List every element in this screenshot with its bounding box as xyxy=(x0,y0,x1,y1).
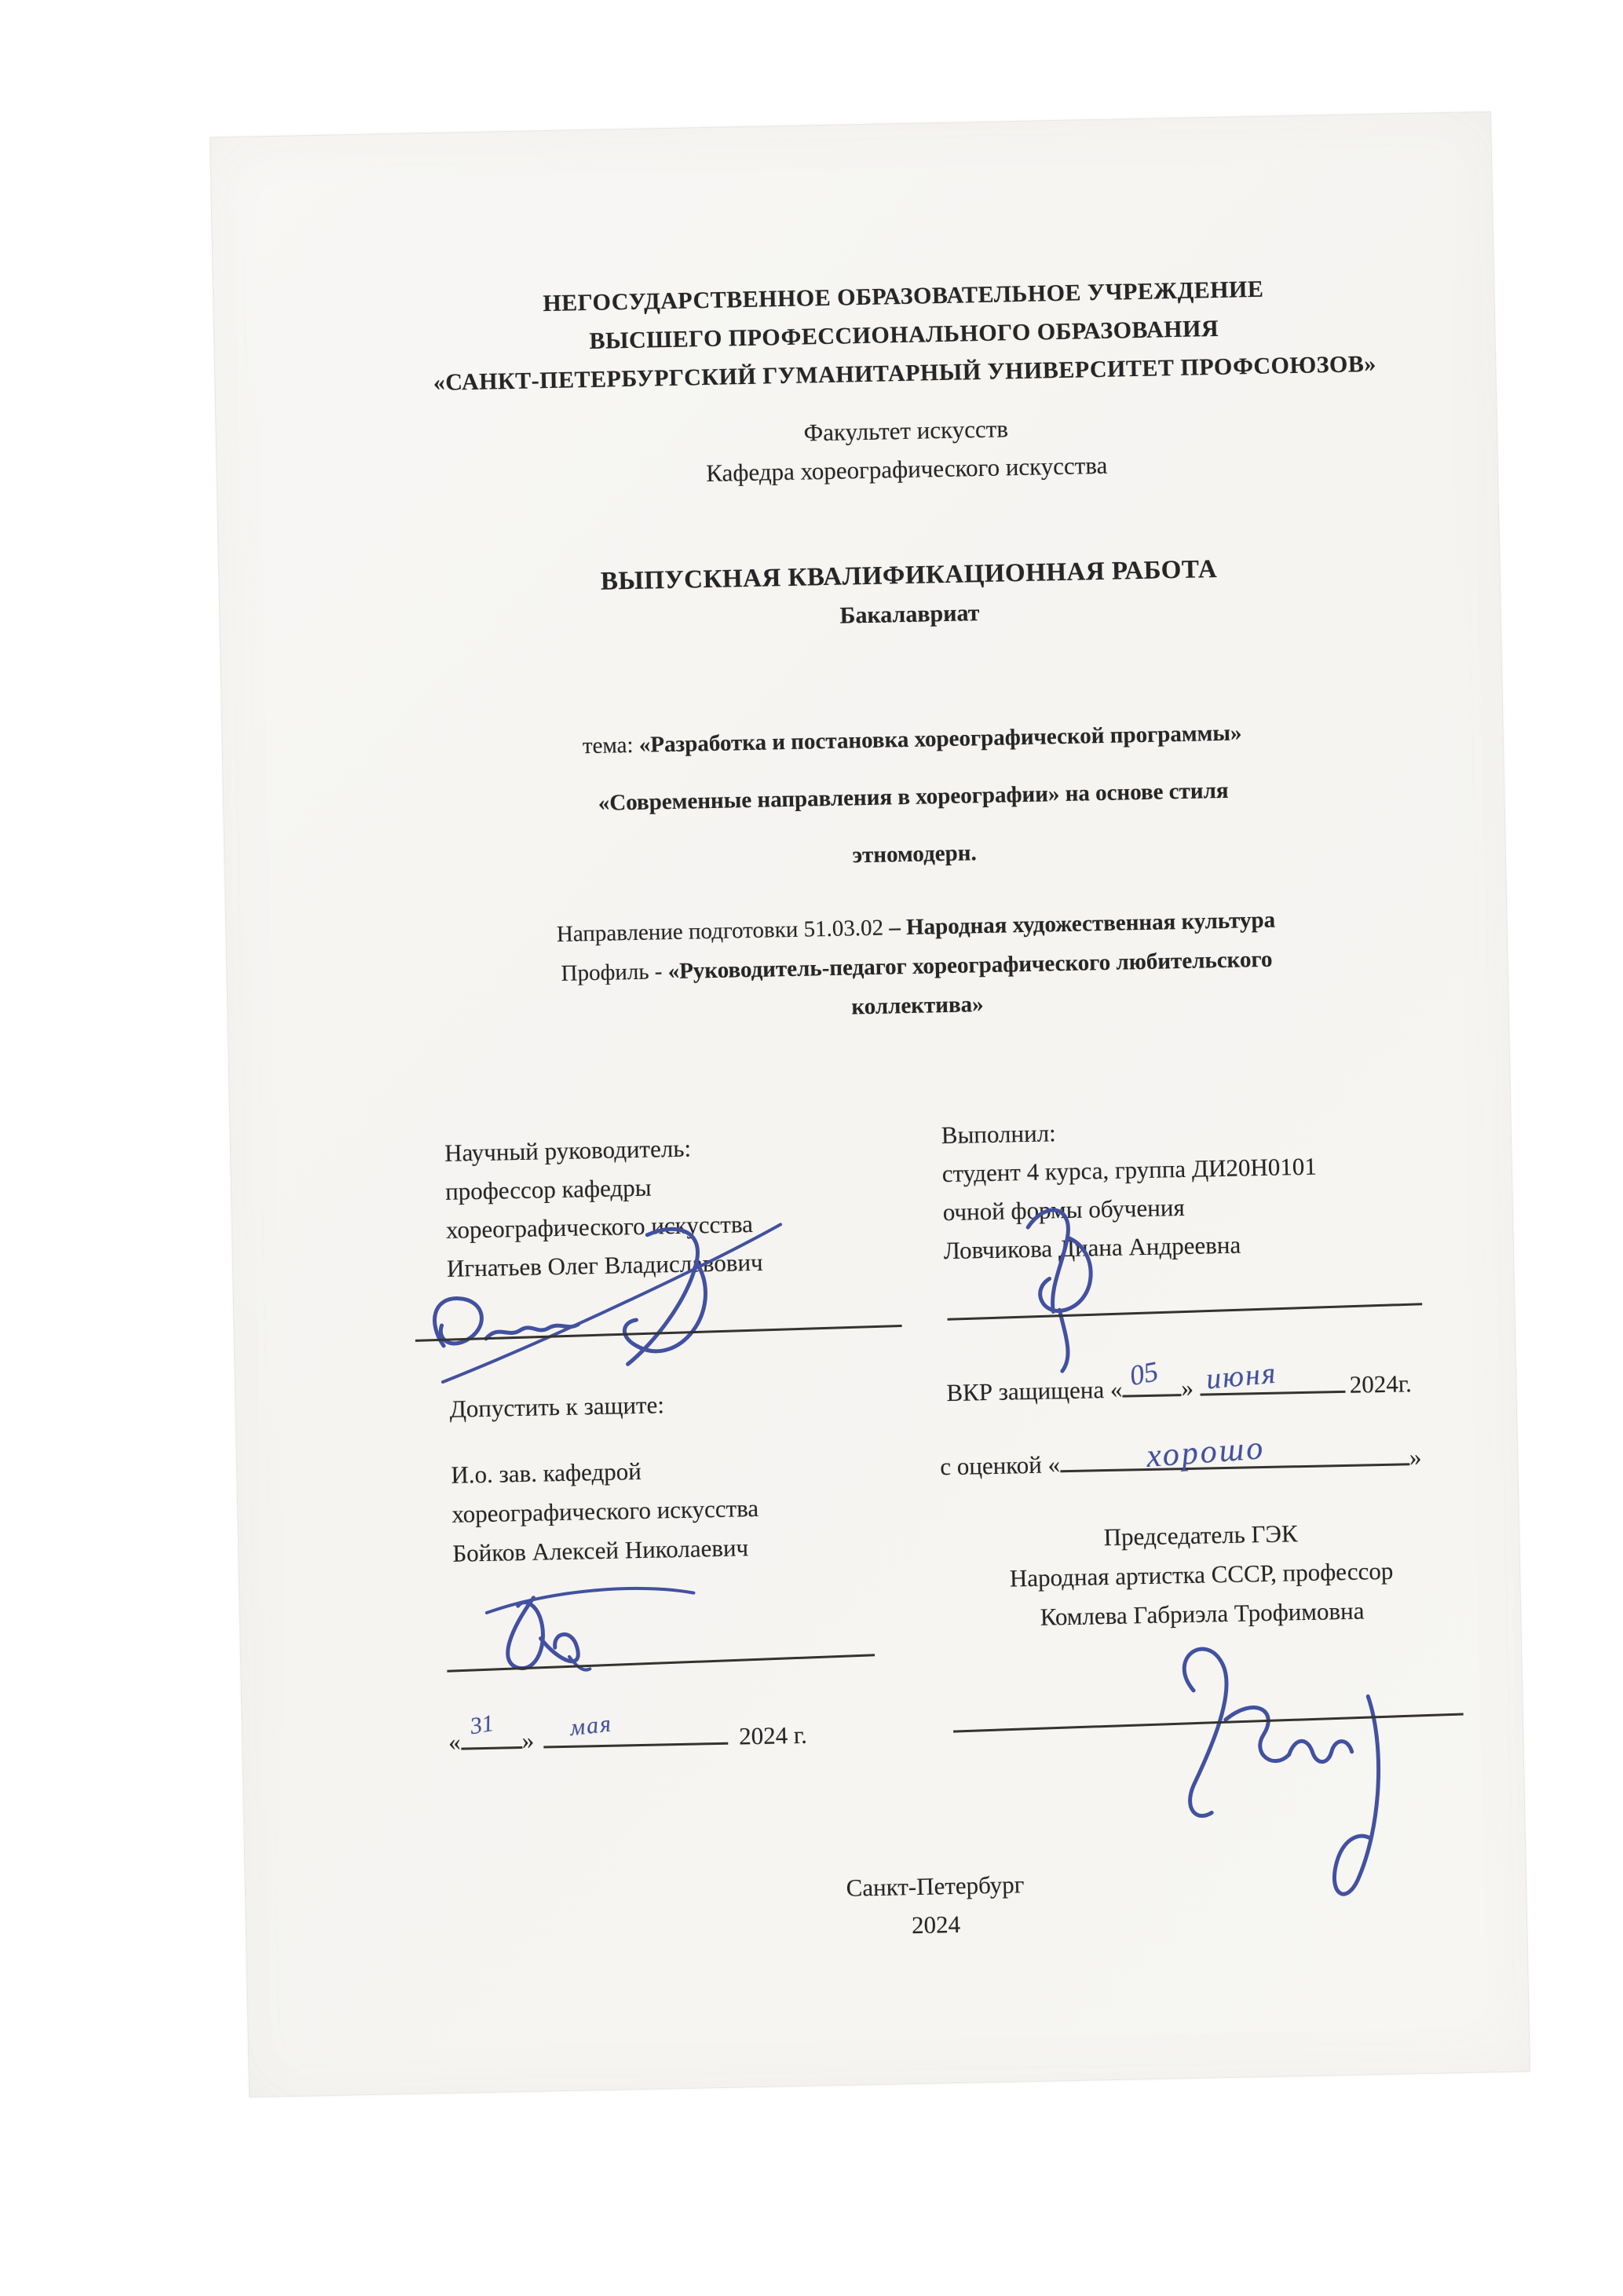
scanned-document-background: { "ink": { "pen_color": "#4251a0", "text… xyxy=(0,0,1623,2296)
university-header: НЕГОСУДАРСТВЕННОЕ ОБРАЗОВАТЕЛЬНОЕ УЧРЕЖД… xyxy=(314,265,1494,404)
defense-date-line: ВКР защищена «05»июня2024г. xyxy=(946,1355,1413,1412)
program-block: Направление подготовки 51.03.02 – Народн… xyxy=(327,896,1507,1037)
head-of-department-block: И.о. зав. кафедрой хореографического иск… xyxy=(451,1450,760,1574)
grade-blank: хорошо xyxy=(1059,1428,1409,1472)
admission-date-quote-open: « xyxy=(448,1723,461,1761)
grade-text-1: с оценкой « xyxy=(940,1445,1061,1486)
admission-month-blank: мая xyxy=(543,1708,728,1749)
admission-label: Допустить к защите: xyxy=(449,1385,664,1428)
defense-text-1: ВКР защищена « xyxy=(946,1370,1123,1412)
defense-day-blank: 05 xyxy=(1122,1359,1182,1397)
supervisor-position-1: профессор кафедры xyxy=(445,1166,762,1211)
head-position-2: хореографического искусства xyxy=(451,1489,759,1534)
admission-date-line: «31»мая2024 г. xyxy=(448,1706,807,1761)
admission-year: 2024 г. xyxy=(739,1716,808,1756)
grade-text-2: » xyxy=(1409,1438,1421,1476)
theme-prefix: тема: xyxy=(583,733,640,759)
defense-month-handwritten: июня xyxy=(1204,1355,1278,1399)
author-signature xyxy=(981,1192,1142,1376)
chairman-block: Председатель ГЭК Народная артистка СССР,… xyxy=(941,1511,1462,1639)
theme-block: тема: «Разработка и постановка хореограф… xyxy=(323,700,1504,895)
theme-title: «Разработка и постановка хореографическо… xyxy=(638,720,1241,757)
supervisor-signature xyxy=(411,1212,917,1395)
admission-day-blank: 31 xyxy=(460,1712,522,1750)
scanned-page: НЕГОСУДАРСТВЕННОЕ ОБРАЗОВАТЕЛЬНОЕ УЧРЕЖД… xyxy=(210,112,1530,2097)
direction-label: Направление подготовки 51.03.02 xyxy=(557,915,890,946)
grade-line: с оценкой «хорошо» xyxy=(940,1428,1422,1486)
admission-month-handwritten: мая xyxy=(568,1705,614,1748)
work-type-block: ВЫПУСКНАЯ КВАЛИФИКАЦИОННАЯ РАБОТА Бакала… xyxy=(320,544,1499,645)
grade-handwritten: хорошо xyxy=(1145,1429,1266,1476)
profile-value-1: «Руководитель-педагог хореографического … xyxy=(667,947,1272,984)
faculty-block: Факультет искусств Кафедра хореографичес… xyxy=(316,400,1496,500)
direction-value: – Народная художественная культура xyxy=(889,908,1275,941)
profile-label: Профиль - xyxy=(561,959,668,986)
head-name: Бойков Алексей Николаевич xyxy=(452,1528,760,1574)
defense-day-handwritten: 05 xyxy=(1127,1352,1162,1395)
footer-block: Санкт-Петербург 2024 xyxy=(346,1855,1526,1955)
defense-month-blank: июня xyxy=(1199,1356,1345,1396)
admission-date-quote-close: » xyxy=(521,1721,534,1760)
admission-day-handwritten: 31 xyxy=(467,1704,496,1746)
defense-text-2: » xyxy=(1181,1369,1193,1407)
defense-year: 2024г. xyxy=(1349,1364,1412,1404)
head-position-1: И.о. зав. кафедрой xyxy=(451,1450,758,1495)
supervisor-title: Научный руководитель: xyxy=(444,1128,761,1172)
author-group: студент 4 курса, группа ДИ20Н0101 xyxy=(941,1147,1317,1194)
